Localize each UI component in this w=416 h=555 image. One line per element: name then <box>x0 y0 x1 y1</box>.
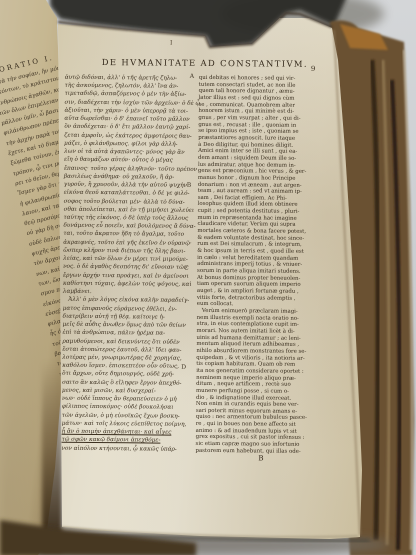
right-page: I DE HVMANITATE AD CONSTANTIVM. 9 ἀυτῷ δ… <box>56 18 364 540</box>
right-page-content: I DE HVMANITATE AD CONSTANTIVM. 9 ἀυτῷ δ… <box>54 17 367 542</box>
margin-letter-a: A <box>190 73 194 80</box>
running-title: DE HVMANITATE AD CONSTANTIVM. <box>100 57 310 69</box>
margin-letter-d: D <box>181 364 186 371</box>
top-signature-mark: I <box>170 40 172 47</box>
gathering-signature: B <box>258 454 263 462</box>
greek-column: ἀυτῷ διδόναι, ἀλλ' ὁ τῆς ἀρετῆς ζηλω-τὴς… <box>61 74 192 454</box>
margin-letter-b: B <box>187 182 191 189</box>
latin-column: qui debitas ei honores ; sed qui vir-tut… <box>195 75 330 456</box>
margin-letter-c: C <box>184 265 189 272</box>
gutter-shadow <box>42 360 62 552</box>
page-number: 9 <box>311 65 316 73</box>
book-photo: { "left_page": { "header": "ORATIO I.", … <box>0 0 416 555</box>
greek-text-line: νον αἰπόλον κτήσονται, ᾧ κακῶς ὑπάρ- <box>61 444 189 453</box>
